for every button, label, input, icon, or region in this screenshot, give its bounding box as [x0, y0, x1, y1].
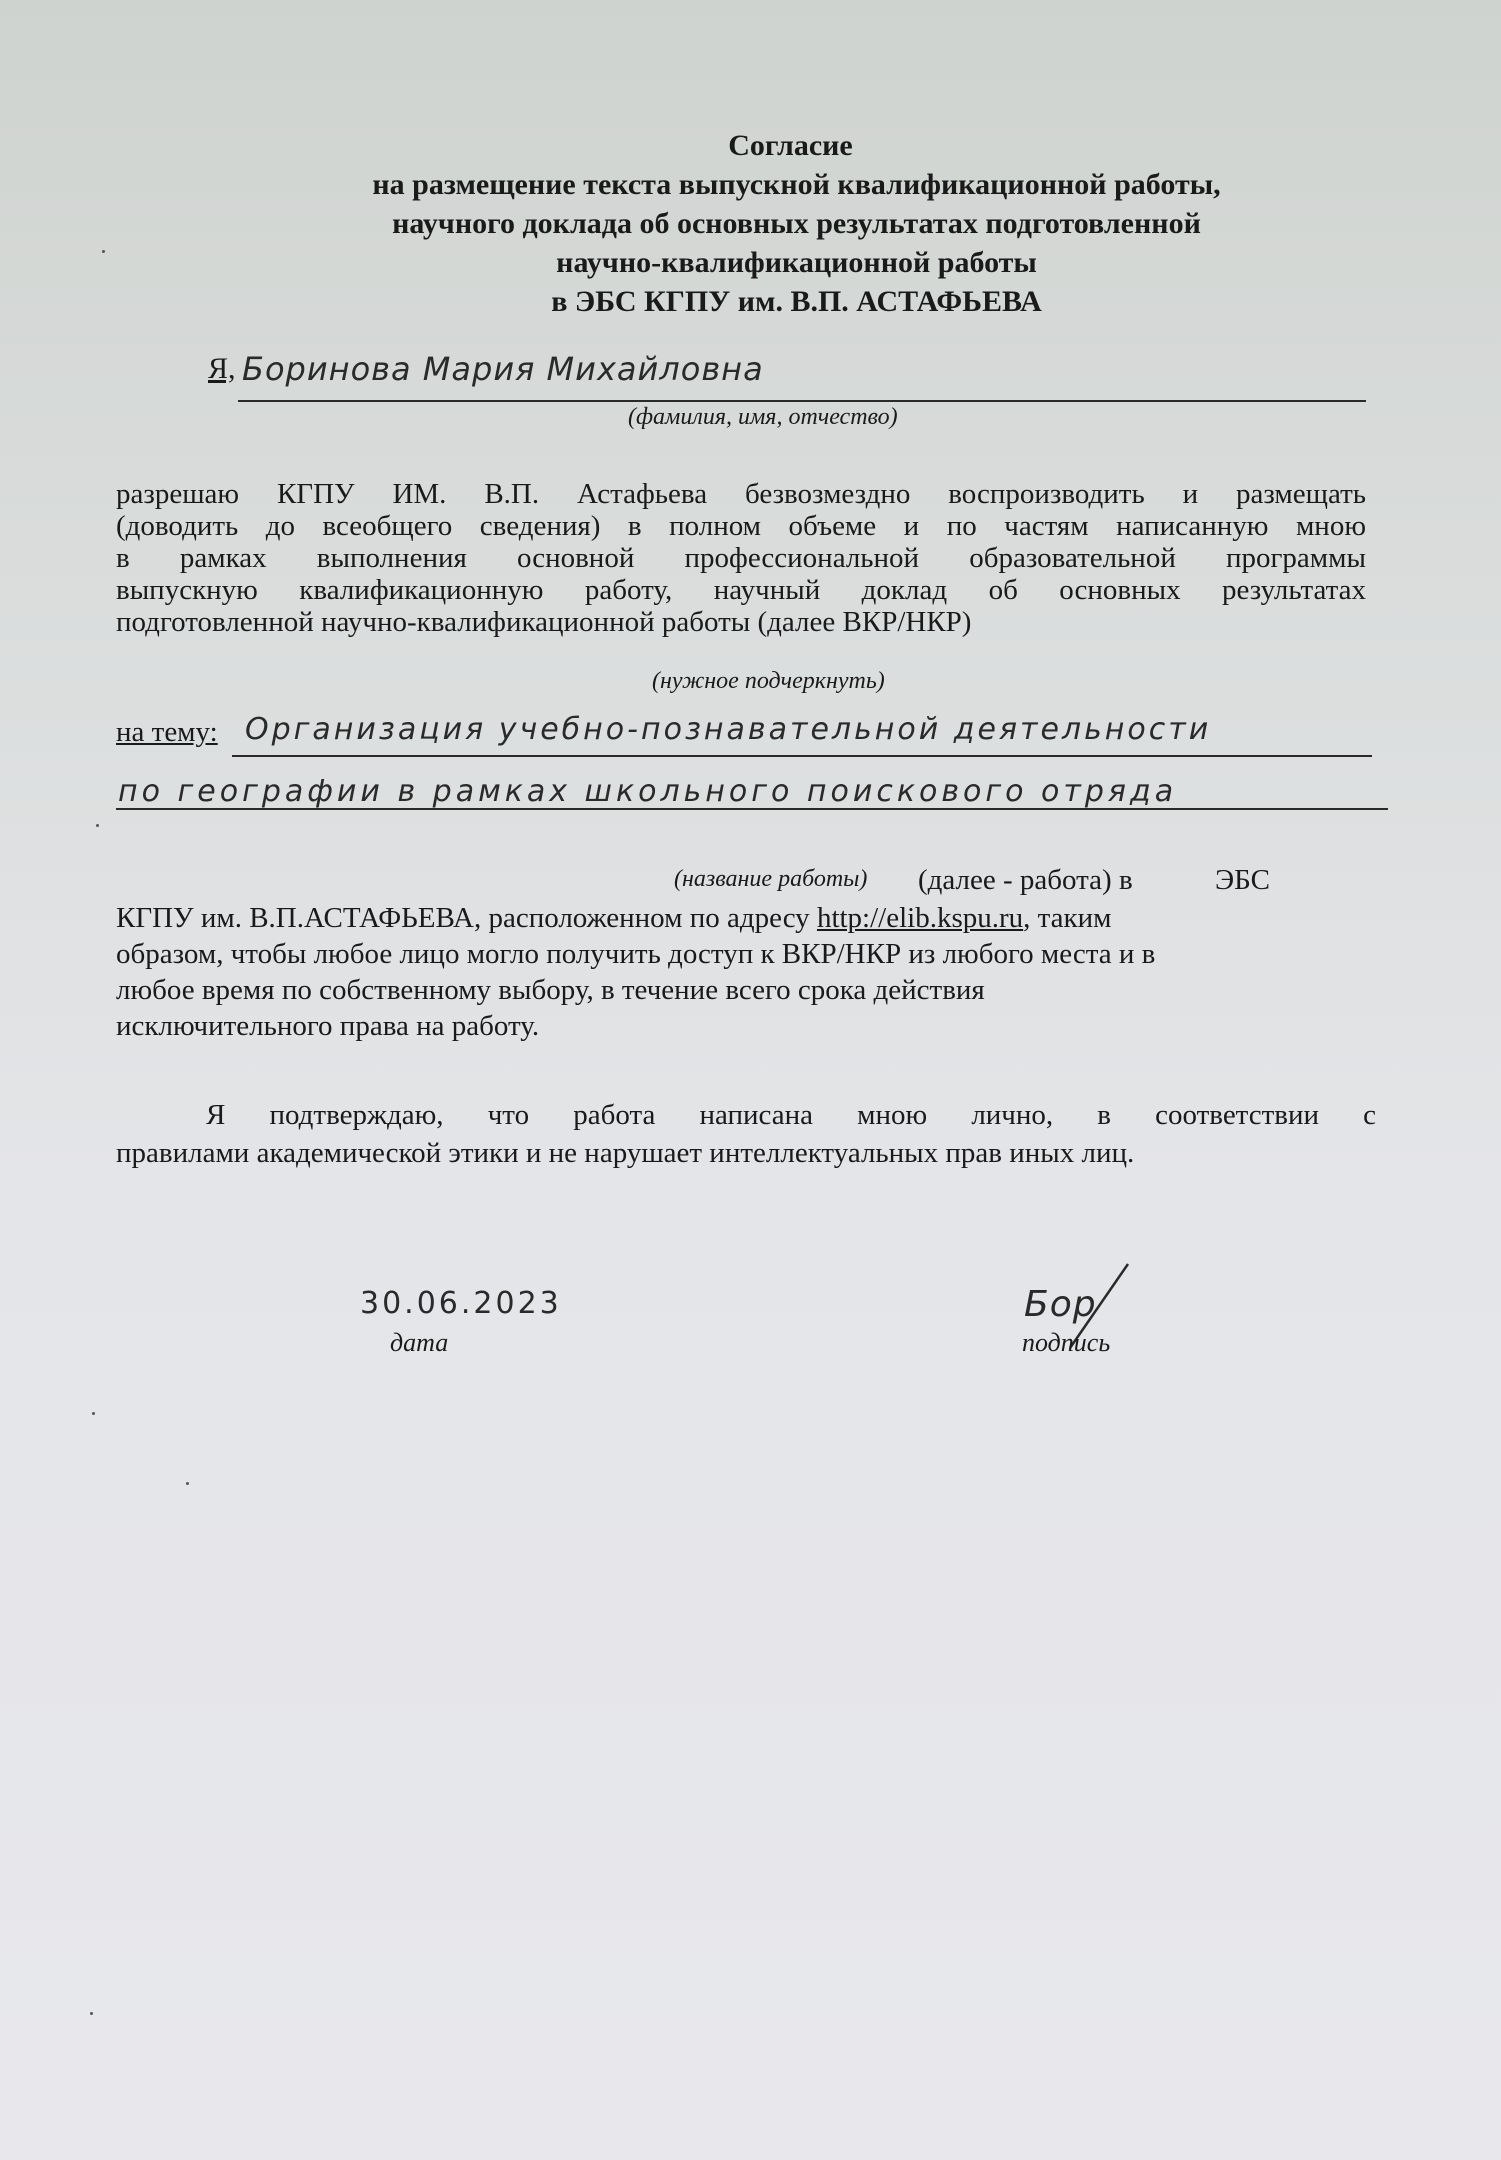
date-caption: дата [390, 1328, 448, 1358]
topic-label: на тему: [116, 716, 218, 749]
date-handwritten: 30.06.2023 [360, 1286, 562, 1321]
topic-underline-1 [232, 755, 1372, 757]
consent-line: в рамках выполнения основной профессиона… [116, 542, 1366, 574]
access-line-4: исключительного права на работу. [116, 1008, 1155, 1044]
access-line-3: любое время по собственному выбору, в те… [116, 972, 1155, 1008]
access-text: КГПУ им. В.П.АСТАФЬЕВА, расположенном по… [116, 902, 817, 934]
elib-link[interactable]: http://elib.kspu.ru [817, 902, 1023, 934]
consent-line: выпускную квалификационную работу, научн… [116, 574, 1366, 606]
paper-speck [90, 2012, 93, 2015]
name-caption: (фамилия, имя, отчество) [628, 404, 898, 431]
after-caption-text: (далее - работа) в [918, 864, 1133, 897]
title-line: Согласие [80, 126, 1501, 165]
underline-caption: (нужное подчеркнуть) [652, 668, 885, 695]
title-line: в ЭБС КГПУ им. В.П. АСТАФЬЕВА [92, 282, 1501, 321]
title-line: на размещение текста выпускной квалифика… [92, 165, 1501, 204]
topic-handwritten-line-2: по географии в рамках школьного поисково… [118, 774, 1398, 809]
name-underline [238, 400, 1366, 402]
name-prefix: Я, [208, 352, 236, 386]
confirmation-paragraph: Я подтверждаю, что работа написана мною … [116, 1096, 1376, 1172]
consent-document-page: Согласие на размещение текста выпускной … [0, 0, 1501, 2160]
topic-handwritten-line-1: Организация учебно-познавательной деятел… [245, 712, 1375, 747]
consent-line: разрешаю КГПУ ИМ. В.П. Астафьева безвозм… [116, 478, 1366, 510]
signature-caption: подпись [1022, 1328, 1110, 1358]
title-line: научно-квалификационной работы [92, 243, 1501, 282]
document-title: Согласие на размещение текста выпускной … [0, 126, 1501, 321]
access-line-1: КГПУ им. В.П.АСТАФЬЕВА, расположенном по… [116, 900, 1155, 936]
access-line-2: образом, чтобы любое лицо могло получить… [116, 936, 1155, 972]
topic-underline-2 [116, 808, 1388, 810]
work-title-caption: (название работы) [674, 866, 867, 893]
name-handwritten: Бориновa Мария Михайловна [242, 350, 764, 388]
paper-speck [186, 1482, 189, 1485]
title-line: научного доклада об основных результатах… [92, 204, 1501, 243]
access-paragraph: КГПУ им. В.П.АСТАФЬЕВА, расположенном по… [116, 900, 1155, 1044]
paper-speck [96, 824, 99, 827]
confirm-line: правилами академической этики и не наруш… [116, 1134, 1376, 1172]
paper-speck [102, 250, 105, 253]
confirm-line: Я подтверждаю, что работа написана мною … [116, 1096, 1376, 1134]
consent-line: подготовленной научно-квалификационной р… [116, 606, 1366, 638]
ebs-label: ЭБС [1215, 864, 1270, 897]
access-text: , таким [1023, 902, 1111, 934]
paper-speck [92, 1412, 95, 1415]
consent-line: (доводить до всеобщего сведения) в полно… [116, 510, 1366, 542]
consent-paragraph: разрешаю КГПУ ИМ. В.П. Астафьева безвозм… [116, 478, 1366, 638]
